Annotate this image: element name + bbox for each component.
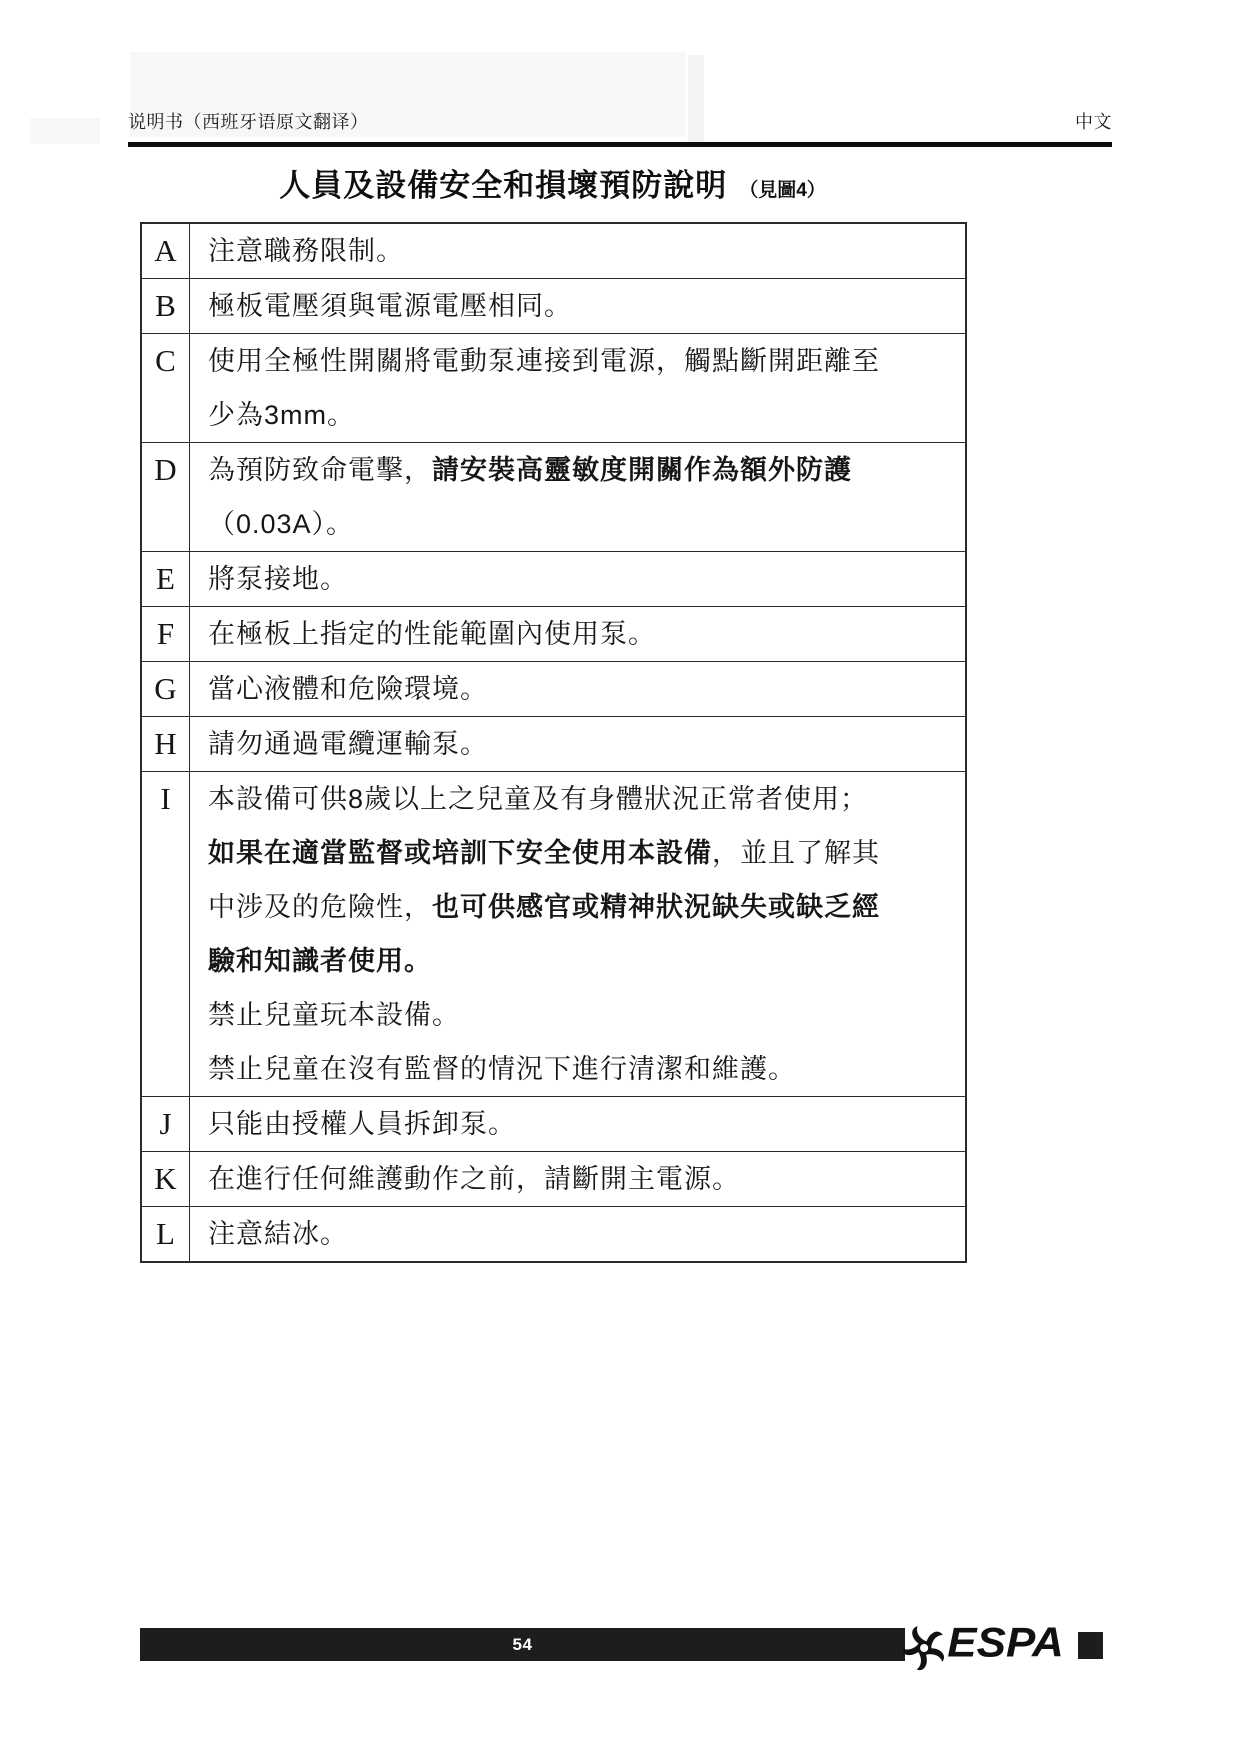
header-right-text: 中文 (1075, 108, 1112, 134)
text-segment: 使用全極性開關將電動泵連接到電源，觸點斷開距離至 (208, 346, 880, 376)
header-rule (128, 142, 1112, 147)
table-row-K: K在進行任何維護動作之前，請斷開主電源。 (142, 1151, 965, 1206)
row-key: A (142, 224, 190, 278)
row-text: 為預防致命電擊，請安裝高靈敏度開關作為額外防護（0.03A）。 (190, 443, 965, 551)
table-row-H: H請勿通過電纜運輸泵。 (142, 716, 965, 771)
row-key: F (142, 607, 190, 661)
brand-name: ESPA (947, 1619, 1064, 1667)
page-header: 说明书（西班牙语原文翻译） 中文 (128, 108, 1112, 134)
table-row-B: B極板電壓須與電源電壓相同。 (142, 278, 965, 333)
text-segment: 本設備可供8歲以上之兒童及有身體狀況正常者使用； (208, 784, 868, 814)
text-line: 當心液體和危險環境。 (208, 662, 955, 716)
table-row-G: G當心液體和危險環境。 (142, 661, 965, 716)
text-line: 請勿通過電纜運輸泵。 (208, 717, 955, 771)
text-segment-bold: 也可供感官或精神狀況缺失或缺乏經 (432, 892, 880, 922)
text-segment: 只能由授權人員拆卸泵。 (208, 1109, 516, 1139)
text-line: 禁止兒童玩本設備。 (208, 988, 955, 1042)
footer-page-bar: 54 (140, 1628, 905, 1661)
row-key: I (142, 772, 190, 1096)
text-line: 禁止兒童在沒有監督的情況下進行清潔和維護。 (208, 1042, 955, 1096)
table-row-C: C使用全極性開關將電動泵連接到電源，觸點斷開距離至少為3mm。 (142, 333, 965, 442)
text-segment: 為預防致命電擊， (208, 455, 432, 485)
text-segment-bold: 如果在適當監督或培訓下安全使用本設備 (208, 838, 712, 868)
row-key: C (142, 334, 190, 442)
text-segment: 極板電壓須與電源電壓相同。 (208, 291, 572, 321)
title-note: （見圖4） (739, 175, 826, 202)
text-segment: ，並且了解其 (712, 838, 880, 868)
table-row-E: E將泵接地。 (142, 551, 965, 606)
text-segment: 禁止兒童在沒有監督的情況下進行清潔和維護。 (208, 1054, 796, 1084)
row-text: 注意結冰。 (190, 1207, 965, 1261)
table-row-I: I本設備可供8歲以上之兒童及有身體狀況正常者使用；如果在適當監督或培訓下安全使用… (142, 771, 965, 1096)
text-line: 為預防致命電擊，請安裝高靈敏度開關作為額外防護 (208, 443, 955, 497)
section-title: 人員及設備安全和損壞預防說明 （見圖4） (140, 160, 965, 206)
text-segment-bold: 驗和知識者使用。 (208, 946, 432, 976)
row-key: B (142, 279, 190, 333)
text-line: 極板電壓須與電源電壓相同。 (208, 279, 955, 333)
text-line: 本設備可供8歲以上之兒童及有身體狀況正常者使用； (208, 772, 955, 826)
row-text: 在極板上指定的性能範圍內使用泵。 (190, 607, 965, 661)
text-line: 在進行任何維護動作之前，請斷開主電源。 (208, 1152, 955, 1206)
text-line: 驗和知識者使用。 (208, 934, 955, 988)
table-row-A: A注意職務限制。 (142, 224, 965, 278)
row-text: 注意職務限制。 (190, 224, 965, 278)
header-left-text: 说明书（西班牙语原文翻译） (128, 108, 369, 134)
text-line: 在極板上指定的性能範圍內使用泵。 (208, 607, 955, 661)
table-row-L: L注意結冰。 (142, 1206, 965, 1261)
row-key: G (142, 662, 190, 716)
text-segment: 當心液體和危險環境。 (208, 674, 488, 704)
row-text: 使用全極性開關將電動泵連接到電源，觸點斷開距離至少為3mm。 (190, 334, 965, 442)
row-text: 極板電壓須與電源電壓相同。 (190, 279, 965, 333)
text-segment: 少為3mm。 (208, 400, 355, 430)
text-line: 如果在適當監督或培訓下安全使用本設備，並且了解其 (208, 826, 955, 880)
row-text: 在進行任何維護動作之前，請斷開主電源。 (190, 1152, 965, 1206)
text-line: 注意結冰。 (208, 1207, 955, 1261)
row-key: J (142, 1097, 190, 1151)
text-line: 只能由授權人員拆卸泵。 (208, 1097, 955, 1151)
page-number: 54 (513, 1635, 533, 1655)
brand-logo: ESPA (903, 1608, 1103, 1678)
row-key: L (142, 1207, 190, 1261)
text-segment: 請勿通過電纜運輸泵。 (208, 729, 488, 759)
row-key: D (142, 443, 190, 551)
row-key: E (142, 552, 190, 606)
text-segment: （0.03A）。 (208, 509, 354, 539)
row-key: K (142, 1152, 190, 1206)
manual-page: 说明书（西班牙语原文翻译） 中文 人員及設備安全和損壞預防說明 （見圖4） A注… (0, 0, 1241, 1754)
table-row-D: D為預防致命電擊，請安裝高靈敏度開關作為額外防護（0.03A）。 (142, 442, 965, 551)
text-segment-bold: 請安裝高靈敏度開關作為額外防護 (432, 455, 852, 485)
table-row-J: J只能由授權人員拆卸泵。 (142, 1096, 965, 1151)
row-key: H (142, 717, 190, 771)
text-segment: 注意職務限制。 (208, 236, 404, 266)
text-line: （0.03A）。 (208, 497, 955, 551)
text-segment: 將泵接地。 (208, 564, 348, 594)
row-text: 將泵接地。 (190, 552, 965, 606)
brand-square (1078, 1632, 1103, 1659)
text-line: 中涉及的危險性，也可供感官或精神狀況缺失或缺乏經 (208, 880, 955, 934)
safety-instructions-table: A注意職務限制。B極板電壓須與電源電壓相同。C使用全極性開關將電動泵連接到電源，… (140, 222, 967, 1263)
text-segment: 禁止兒童玩本設備。 (208, 1000, 460, 1030)
text-segment: 注意結冰。 (208, 1219, 348, 1249)
text-line: 注意職務限制。 (208, 224, 955, 278)
title-main: 人員及設備安全和損壞預防說明 (279, 160, 727, 205)
text-line: 少為3mm。 (208, 388, 955, 442)
text-line: 使用全極性開關將電動泵連接到電源，觸點斷開距離至 (208, 334, 955, 388)
text-line: 將泵接地。 (208, 552, 955, 606)
table-row-F: F在極板上指定的性能範圍內使用泵。 (142, 606, 965, 661)
scan-smudge (30, 118, 100, 144)
text-segment: 在進行任何維護動作之前，請斷開主電源。 (208, 1164, 740, 1194)
impeller-icon (903, 1622, 945, 1674)
row-text: 本設備可供8歲以上之兒童及有身體狀況正常者使用；如果在適當監督或培訓下安全使用本… (190, 772, 965, 1096)
text-segment: 在極板上指定的性能範圍內使用泵。 (208, 619, 656, 649)
row-text: 當心液體和危險環境。 (190, 662, 965, 716)
row-text: 只能由授權人員拆卸泵。 (190, 1097, 965, 1151)
text-segment: 中涉及的危險性， (208, 892, 432, 922)
row-text: 請勿通過電纜運輸泵。 (190, 717, 965, 771)
